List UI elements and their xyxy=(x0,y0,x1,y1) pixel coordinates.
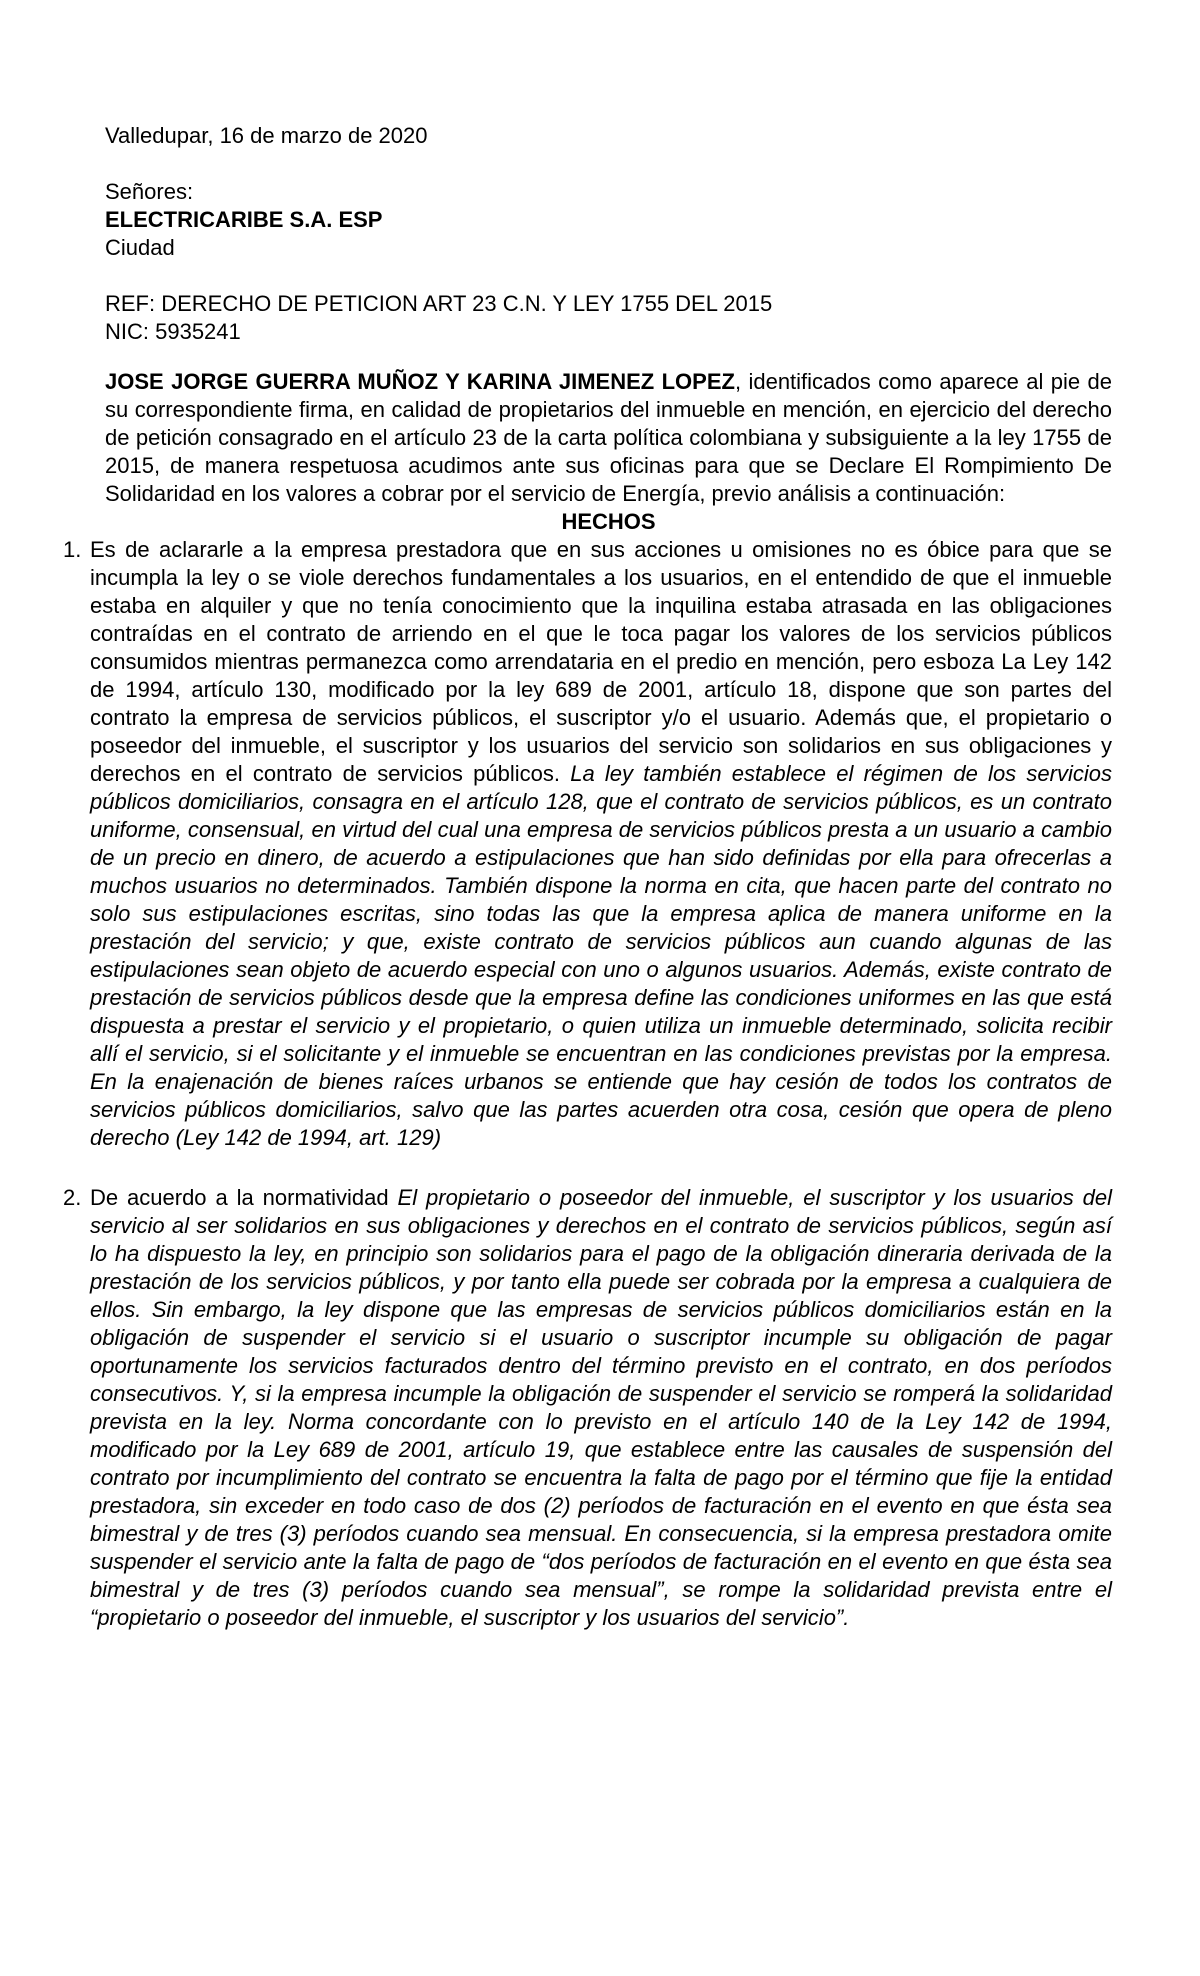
section-heading: HECHOS xyxy=(105,508,1112,536)
blank-line xyxy=(105,262,1112,290)
date-line: Valledupar, 16 de marzo de 2020 xyxy=(105,122,1112,150)
city-line: Ciudad xyxy=(105,234,1112,262)
facts-list: 1.Es de aclararle a la empresa prestador… xyxy=(90,536,1112,1632)
fact-item-1-text-regular: Es de aclararle a la empresa prestadora … xyxy=(90,537,1112,786)
fact-item-1: 1.Es de aclararle a la empresa prestador… xyxy=(90,536,1112,1152)
fact-item-1-number: 1. xyxy=(63,536,81,564)
document-page: Valledupar, 16 de marzo de 2020 Señores:… xyxy=(0,0,1200,1976)
fact-item-2-number: 2. xyxy=(63,1184,81,1212)
intro-paragraph: JOSE JORGE GUERRA MUÑOZ Y KARINA JIMENEZ… xyxy=(105,368,1112,508)
fact-item-2: 2.De acuerdo a la normatividad El propie… xyxy=(90,1184,1112,1632)
nic-line: NIC: 5935241 xyxy=(105,318,1112,346)
blank-line xyxy=(105,346,1112,368)
blank-line xyxy=(105,150,1112,178)
salutation: Señores: xyxy=(105,178,1112,206)
company-name: ELECTRICARIBE S.A. ESP xyxy=(105,206,1112,234)
fact-item-2-text-italic: El propietario o poseedor del inmueble, … xyxy=(90,1185,1112,1630)
senders-names: JOSE JORGE GUERRA MUÑOZ Y KARINA JIMENEZ… xyxy=(105,369,735,394)
fact-item-2-text-regular: De acuerdo a la normatividad xyxy=(90,1185,398,1210)
fact-item-1-text-italic: La ley también establece el régimen de l… xyxy=(90,761,1112,1150)
reference-line: REF: DERECHO DE PETICION ART 23 C.N. Y L… xyxy=(105,290,1112,318)
